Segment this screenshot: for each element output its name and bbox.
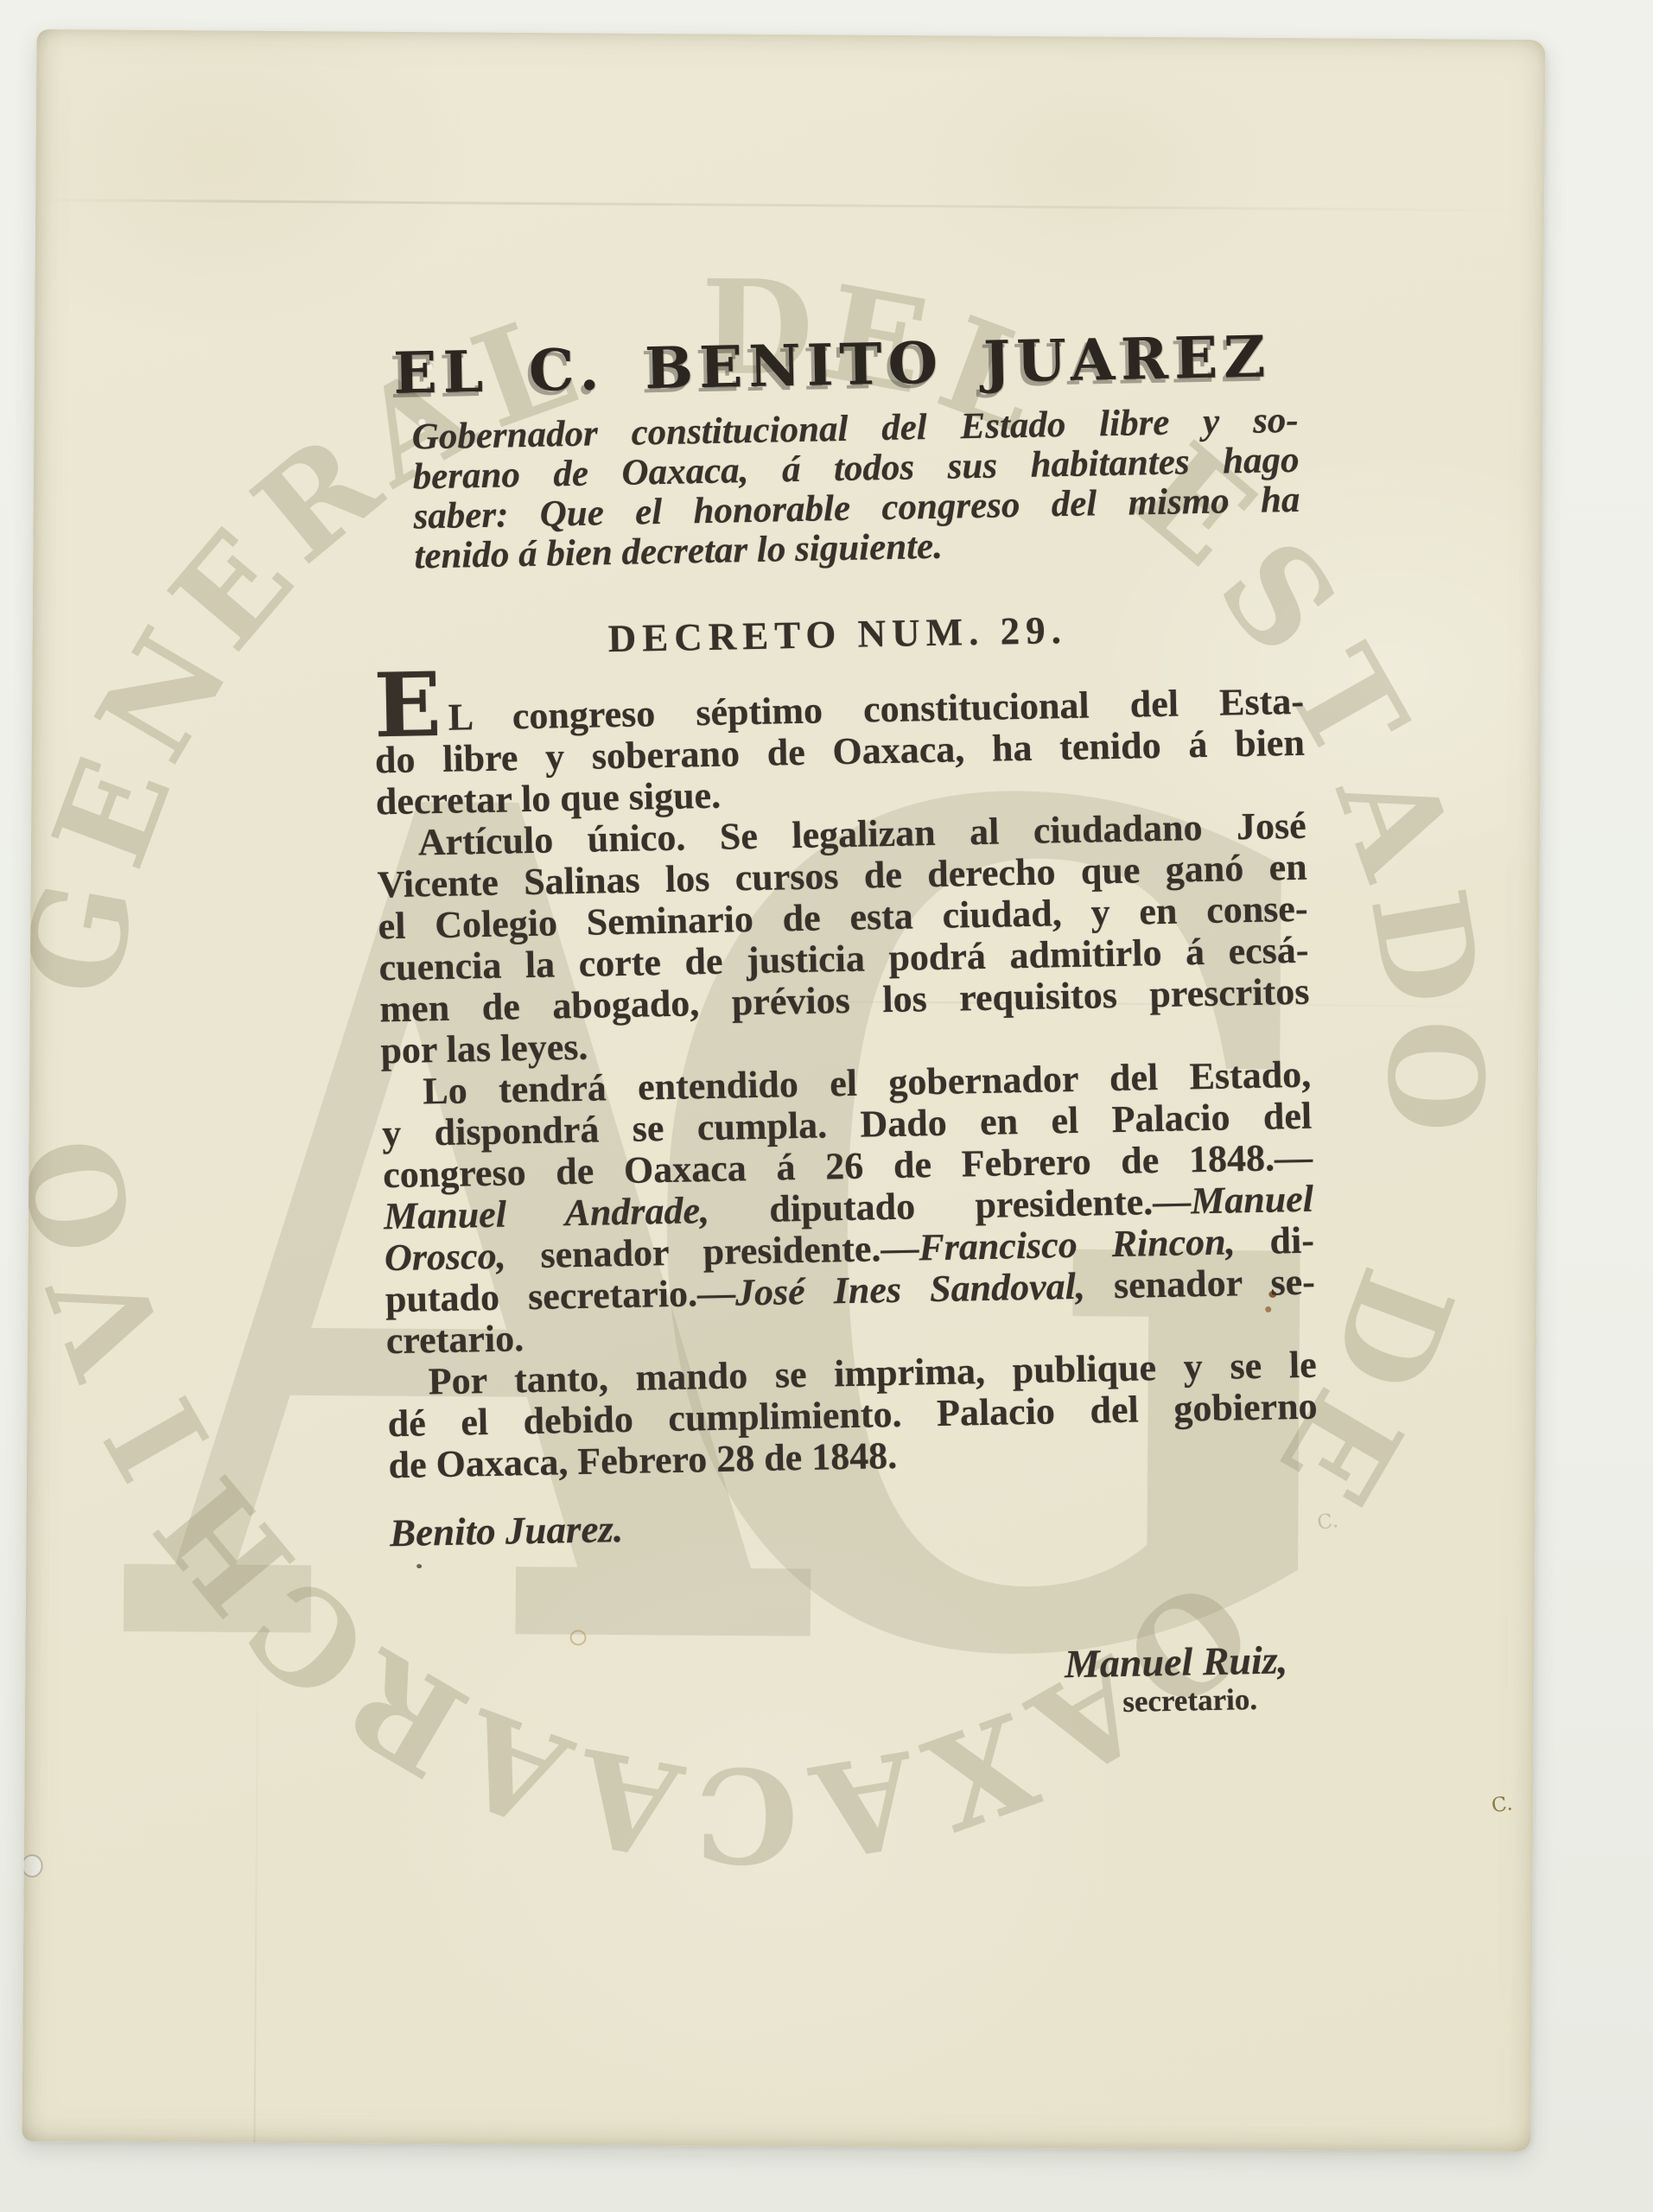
paragraph-articulo-unico: Artículo único. Se legalizan al ciudadan…	[376, 805, 1310, 1072]
name-italic: Manuel Andrade,	[384, 1189, 710, 1237]
paper-crease	[35, 199, 1544, 212]
decree-heading: DECRETO NUM. 29.	[372, 605, 1303, 664]
text-segment: di-	[1235, 1219, 1314, 1263]
drop-cap-initial: E	[374, 705, 442, 706]
text-segment: cretario.	[385, 1317, 524, 1362]
governor-proclamation: Gobernador constitucional del Estado lib…	[411, 401, 1300, 577]
name-italic: Francisco Rincon,	[919, 1220, 1236, 1268]
signature-benito-juarez: Benito Juarez.	[390, 1495, 1320, 1554]
name-italic: José Ines Sandoval,	[734, 1265, 1085, 1314]
watermark-letter: D	[1351, 880, 1498, 1013]
name-italic: Manuel	[1191, 1178, 1314, 1223]
text-segment: putado secretario.—	[385, 1271, 735, 1320]
paragraph-congress-signatures: Lo tendrá entendido el gobernador del Es…	[381, 1054, 1316, 1363]
name-italic: Orosco,	[385, 1235, 506, 1280]
paragraph-congress-preamble: EL congreso séptimo constitucional del E…	[374, 681, 1307, 823]
watermark-letter: O	[1370, 1019, 1500, 1133]
scanned-document-page: ARCHIVOGENERALDELESTADODEOAXACA AG C. C.…	[0, 0, 1653, 2212]
decree-text-block: EL C. BENITO JUAREZ Gobernador constituc…	[367, 321, 1324, 1733]
corner-mark: C.	[1491, 1792, 1514, 1817]
paragraph-por-tanto: Por tanto, mando se imprima, publique y …	[386, 1344, 1319, 1487]
punch-hole	[22, 1854, 42, 1878]
watermark-ring: ARCHIVOGENERALDELESTADODEOAXACA	[37, 29, 1546, 40]
text-segment: senador se-	[1084, 1261, 1315, 1307]
